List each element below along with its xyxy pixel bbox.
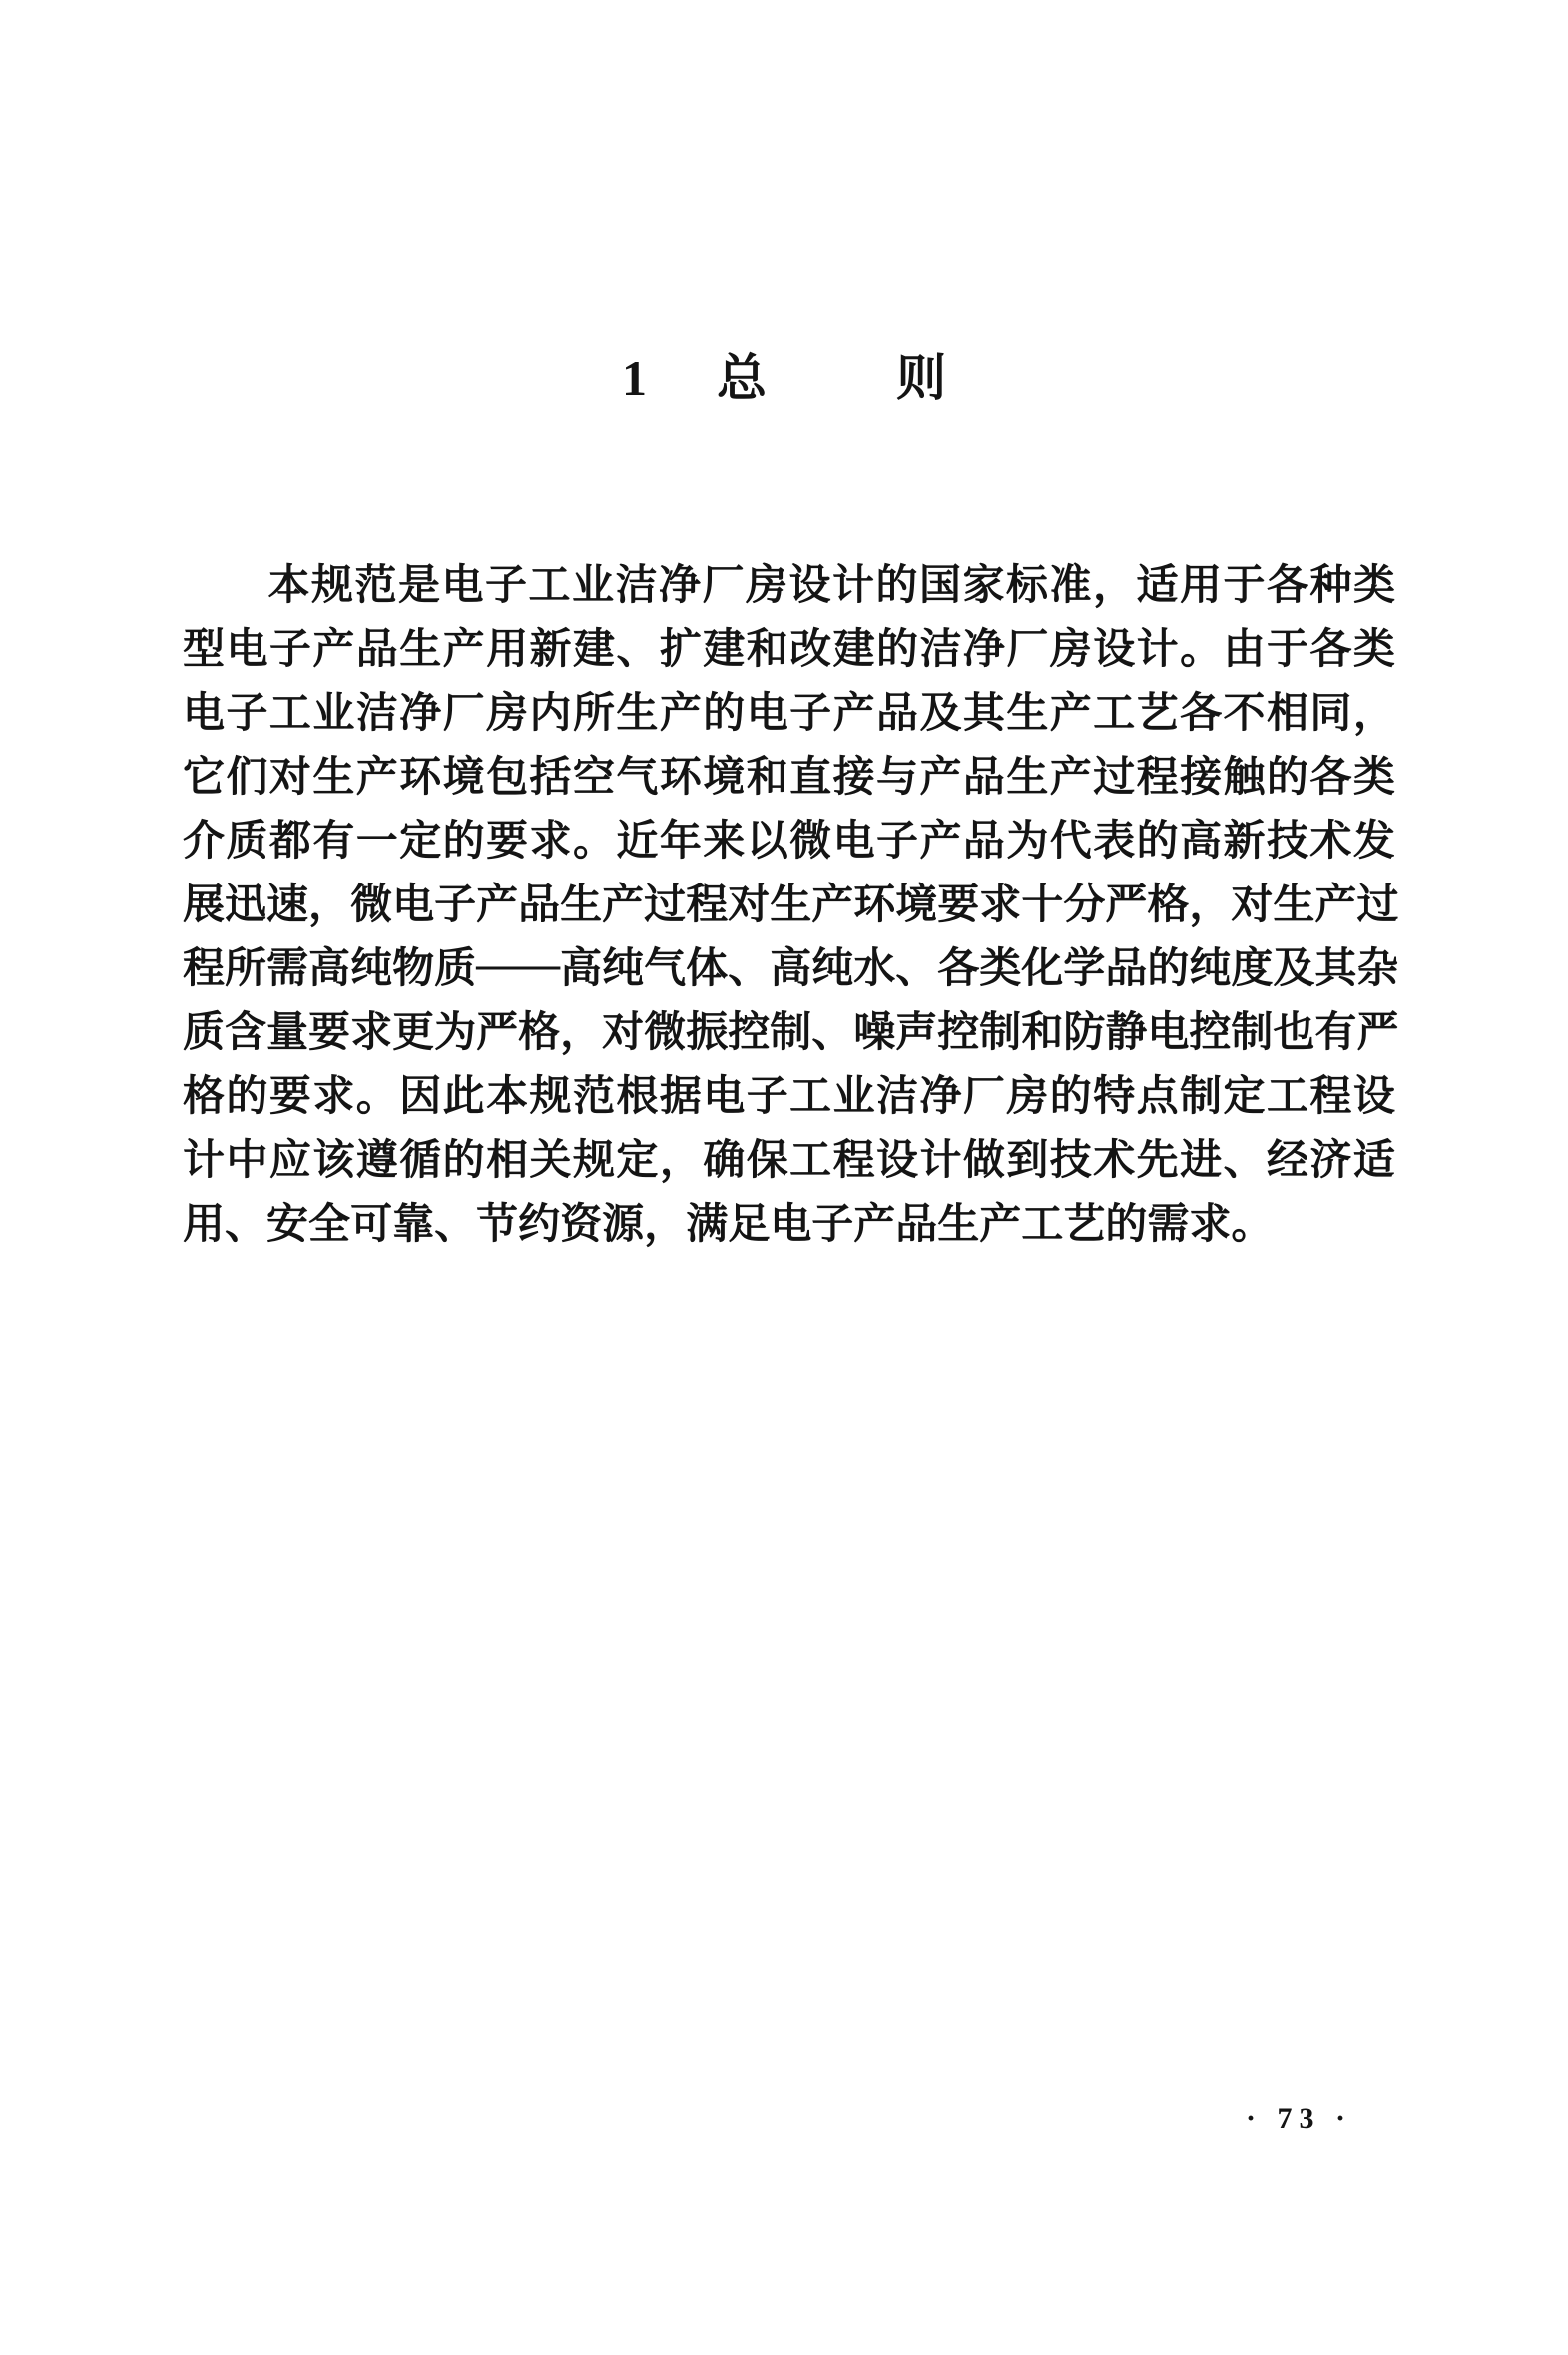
- body-paragraph: 本规范是电子工业洁净厂房设计的国家标准，适用于各种类型电子产品生产用新建、扩建和…: [183, 550, 1395, 1253]
- paragraph-line: 电子工业洁净厂房内所生产的电子产品及其生产工艺各不相同，: [183, 678, 1395, 742]
- paragraph-line: 介质都有一定的要求。近年来以微电子产品为代表的高新技术发: [183, 806, 1395, 870]
- paragraph-line: 格的要求。因此本规范根据电子工业洁净厂房的特点制定工程设: [183, 1061, 1395, 1125]
- paragraph-line: 用、安全可靠、节约资源，满足电子产品生产工艺的需求。: [183, 1189, 1395, 1253]
- paragraph-line: 本规范是电子工业洁净厂房设计的国家标准，适用于各种类: [183, 550, 1395, 614]
- paragraph-line: 程所需高纯物质——高纯气体、高纯水、各类化学品的纯度及其杂: [183, 933, 1395, 997]
- chapter-number: 1: [622, 347, 647, 409]
- page-number: · 73 ·: [1246, 2102, 1352, 2136]
- chapter-title-char-1: 总: [717, 347, 767, 409]
- paragraph-line: 计中应该遵循的相关规定，确保工程设计做到技术先进、经济适: [183, 1125, 1395, 1189]
- chapter-title-char-2: 则: [896, 347, 946, 409]
- paragraph-line: 型电子产品生产用新建、扩建和改建的洁净厂房设计。由于各类: [183, 614, 1395, 678]
- paragraph-line: 展迅速，微电子产品生产过程对生产环境要求十分严格，对生产过: [183, 870, 1395, 933]
- paragraph-line: 质含量要求更为严格，对微振控制、噪声控制和防静电控制也有严: [183, 997, 1395, 1061]
- document-page: 1 总 则 本规范是电子工业洁净厂房设计的国家标准，适用于各种类型电子产品生产用…: [0, 0, 1568, 2355]
- chapter-title: 1 总 则: [0, 347, 1568, 409]
- paragraph-line: 它们对生产环境包括空气环境和直接与产品生产过程接触的各类: [183, 742, 1395, 806]
